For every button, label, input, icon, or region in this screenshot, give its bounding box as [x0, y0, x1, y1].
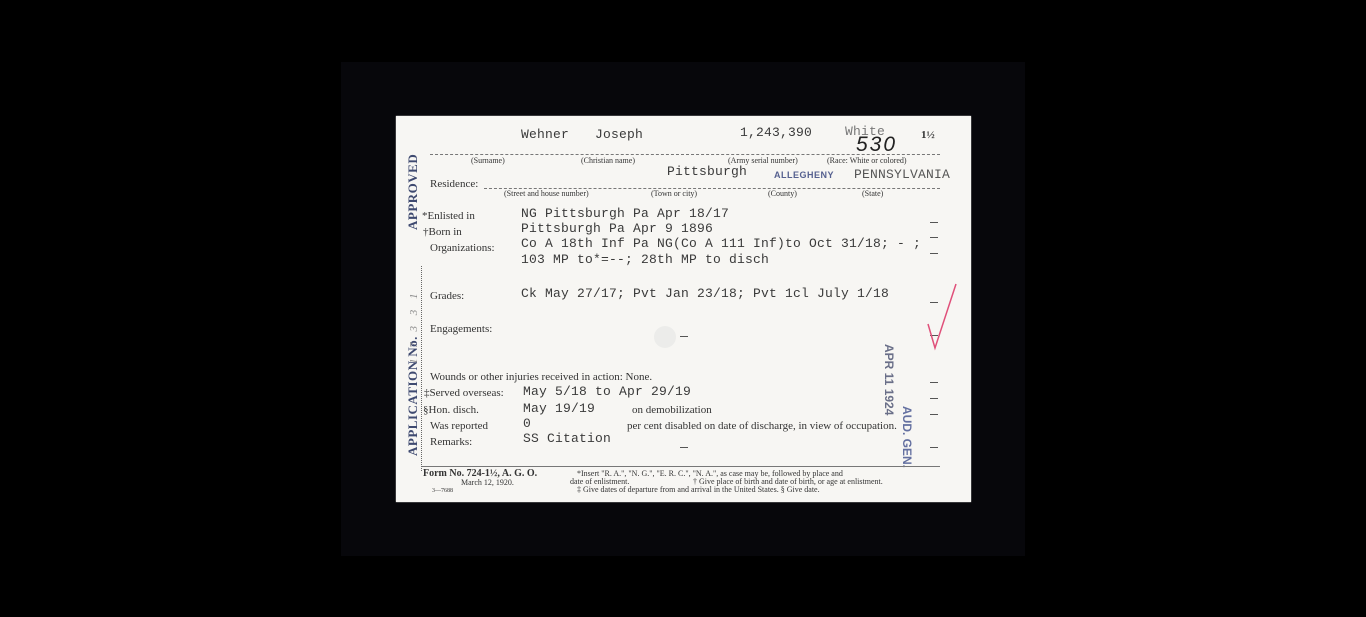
remarks-dash: [680, 447, 688, 448]
grades-value: Ck May 27/17; Pvt Jan 23/18; Pvt 1cl Jul…: [521, 286, 889, 301]
footnote-line-3: ‡ Give dates of departure from and arriv…: [577, 485, 820, 494]
caption-state: (State): [862, 189, 883, 198]
born-label: †Born in: [423, 226, 462, 238]
serial-number-value: 1,243,390: [740, 125, 812, 140]
red-check-icon: [926, 282, 958, 352]
margin-tick: [930, 414, 938, 415]
surname-value: Wehner: [521, 127, 569, 142]
hon-disch-value: May 19/19: [523, 401, 595, 416]
service-record-card: Wehner Joseph 1,243,390 White 530 1½ (Su…: [396, 116, 971, 502]
reported-label: Was reported: [430, 420, 488, 432]
date-stamp: APR 11 1924: [882, 344, 896, 415]
remarks-value: SS Citation: [523, 431, 611, 446]
enlisted-label: *Enlisted in: [422, 210, 475, 222]
margin-tick: [930, 237, 938, 238]
caption-race: (Race: White or colored): [827, 156, 907, 165]
organizations-label: Organizations:: [430, 242, 495, 254]
margin-tick: [930, 253, 938, 254]
margin-tick: [930, 222, 938, 223]
enlisted-value: NG Pittsburgh Pa Apr 18/17: [521, 206, 729, 221]
residence-label: Residence:: [430, 178, 478, 190]
approved-stamp: APPROVED: [405, 154, 421, 230]
wounds-label: Wounds or other injuries received in act…: [430, 371, 652, 383]
application-no-stamp: APPLICATION No.: [405, 336, 421, 456]
served-overseas-label: ‡Served overseas:: [424, 387, 504, 399]
paper-smudge: [654, 326, 676, 348]
organizations-line-2: 103 MP to*=--; 28th MP to disch: [521, 252, 769, 267]
corner-mark: 1½: [921, 129, 935, 141]
residence-town: Pittsburgh: [667, 164, 747, 179]
hon-disch-suffix: on demobilization: [632, 404, 712, 416]
wounds-value: None.: [626, 371, 653, 383]
hon-disch-label: §Hon. disch.: [423, 404, 479, 416]
header-divider: [430, 154, 940, 155]
grades-label: Grades:: [430, 290, 464, 302]
margin-tick: [930, 382, 938, 383]
organizations-line-1: Co A 18th Inf Pa NG(Co A 111 Inf)to Oct …: [521, 236, 921, 251]
aud-gen-stamp: AUD. GEN.: [900, 406, 914, 468]
stamp-dotted-line: [421, 266, 422, 471]
margin-tick: [930, 398, 938, 399]
caption-county: (County): [768, 189, 797, 198]
christian-name-value: Joseph: [595, 127, 643, 142]
reported-value: 0: [523, 416, 531, 431]
engagements-dash: [680, 336, 688, 337]
caption-surname: (Surname): [471, 156, 505, 165]
remarks-label: Remarks:: [430, 436, 472, 448]
footer-divider: [422, 466, 940, 467]
wounds-label-text: Wounds or other injuries received in act…: [430, 371, 623, 383]
form-date: March 12, 1920.: [461, 478, 514, 487]
caption-christian-name: (Christian name): [581, 156, 635, 165]
served-overseas-value: May 5/18 to Apr 29/19: [523, 384, 691, 399]
born-value: Pittsburgh Pa Apr 9 1896: [521, 221, 713, 236]
caption-street: (Street and house number): [504, 189, 589, 198]
residence-county-stamp: ALLEGHENY: [774, 170, 834, 180]
margin-tick: [930, 447, 938, 448]
residence-state: PENNSYLVANIA: [854, 167, 950, 182]
caption-town: (Town or city): [651, 189, 697, 198]
engagements-label: Engagements:: [430, 323, 492, 335]
reported-suffix: per cent disabled on date of discharge, …: [627, 420, 897, 432]
print-code: 3—7688: [432, 488, 453, 494]
